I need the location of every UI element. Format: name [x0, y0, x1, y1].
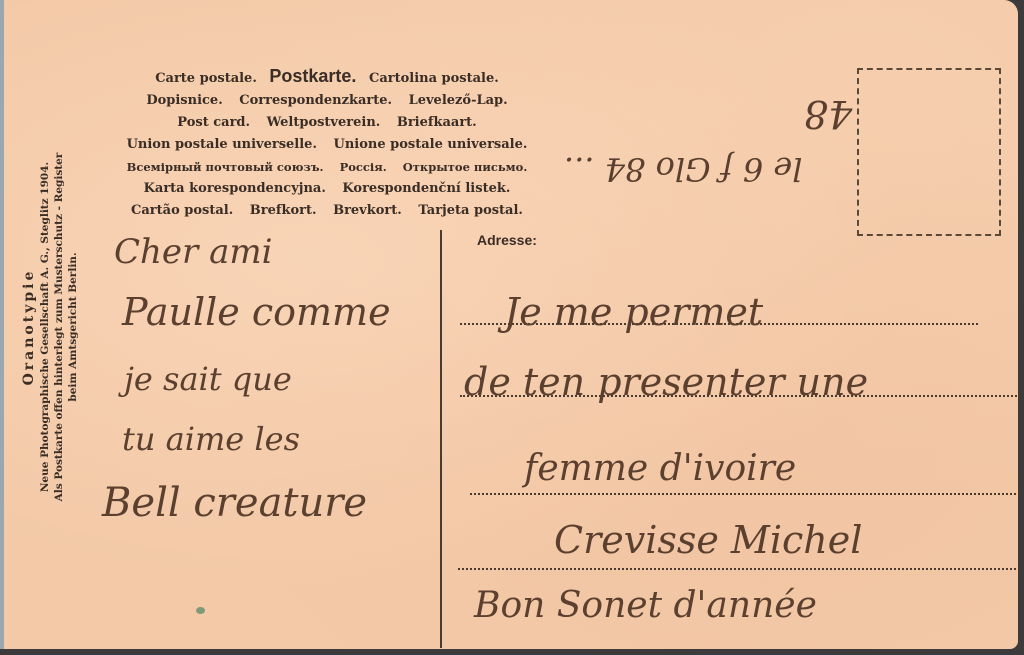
message-line-3: je sait que: [124, 360, 292, 398]
message-line-1: Cher ami: [114, 232, 272, 272]
handwritten-number: 48: [804, 92, 852, 136]
header-text: Briefkaart.: [397, 115, 477, 130]
header-text: Korespondenční listek.: [342, 181, 510, 196]
header-text: Post card.: [177, 115, 250, 130]
header-line-4: Union postale universelle. Unione postal…: [92, 134, 562, 156]
address-line-3: [470, 493, 1020, 495]
message-line-2: Paulle comme: [122, 290, 391, 334]
header-text: Brevkort.: [333, 203, 402, 218]
header-text: Cartolina postale.: [369, 71, 499, 86]
header-line-1: Carte postale. Postkarte. Cartolina post…: [92, 65, 562, 90]
postcard-header-multilingual: Carte postale. Postkarte. Cartolina post…: [92, 65, 562, 222]
address-hand-line-2: de ten presenter une: [464, 360, 868, 404]
header-line-3: Post card. Weltpostverein. Briefkaart.: [92, 112, 562, 134]
header-text: Correspondenzkarte.: [239, 93, 392, 108]
address-hand-line-3: femme d'ivoire: [524, 448, 796, 489]
header-text: Carte postale.: [155, 71, 257, 86]
header-title-postkarte: Postkarte.: [269, 66, 356, 86]
header-line-5: Всемірный почтовый союзъ. Россія. Открыт…: [92, 156, 562, 178]
header-text: Всемірный почтовый союзъ.: [127, 160, 324, 174]
header-text: Россія.: [340, 160, 387, 174]
publisher-line-1: Neue Photographische Gesellschaft A. G.,…: [38, 62, 52, 592]
message-line-4: tu aime les: [122, 420, 300, 458]
header-text: Weltpostverein.: [267, 115, 381, 130]
header-line-6: Karta korespondencyjna. Korespondenční l…: [92, 178, 562, 200]
header-text: Cartão postal.: [131, 203, 233, 218]
stamp-box: [857, 68, 1001, 236]
header-text: Tarjeta postal.: [418, 203, 523, 218]
header-line-7: Cartão postal. Brefkort. Brevkort. Tarje…: [92, 200, 562, 222]
publisher-line-2: Als Postkarte offen hinterlegt zum Muste…: [52, 62, 66, 592]
message-line-5: Bell creature: [102, 480, 367, 526]
address-hand-line-1: Je me permet: [504, 290, 763, 334]
address-hand-line-5: Bon Sonet d'année: [474, 585, 817, 626]
publisher-imprint-vertical: Oranotypie Neue Photographische Gesellsc…: [20, 62, 86, 592]
address-hand-line-4: Crevisse Michel: [554, 518, 862, 562]
postcard: Carte postale. Postkarte. Cartolina post…: [0, 0, 1018, 649]
header-text: Karta korespondencyjna.: [144, 181, 326, 196]
header-text: Levelező-Lap.: [409, 93, 508, 108]
center-divider: [440, 230, 442, 648]
header-text: Brefkort.: [250, 203, 317, 218]
header-text: Открытое письмо.: [403, 160, 528, 174]
publisher-title: Oranotypie: [20, 62, 38, 592]
header-text: Dopisnice.: [146, 93, 222, 108]
address-label: Adresse:: [477, 232, 537, 248]
header-line-2: Dopisnice. Correspondenzkarte. Levelező-…: [92, 90, 562, 112]
publisher-line-3: beim Amtsgericht Berlin.: [66, 62, 80, 592]
header-text: Unione postale universale.: [334, 137, 528, 152]
handwritten-date-line: le 6 f Glo 84 ...: [564, 150, 803, 188]
green-ink-spot: [196, 607, 205, 614]
header-text: Union postale universelle.: [127, 137, 317, 152]
address-line-4: [458, 568, 1020, 570]
